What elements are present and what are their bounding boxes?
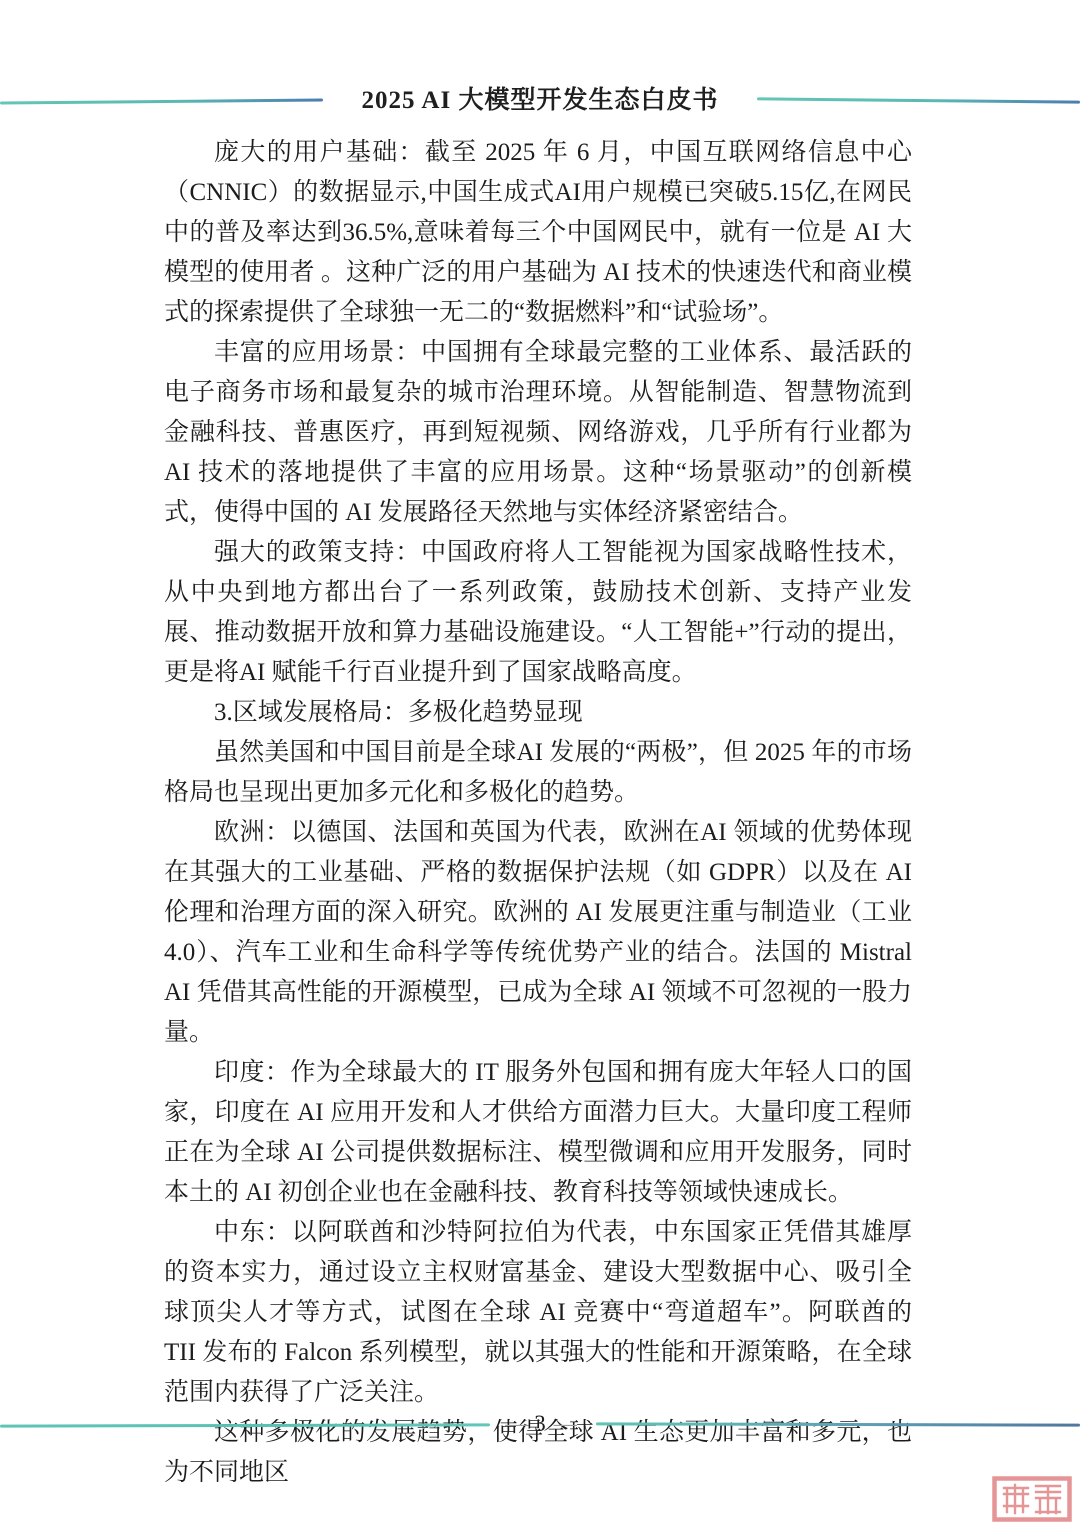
body-paragraph: 丰富的应用场景：中国拥有全球最完整的工业体系、最活跃的电子商务市场和最复杂的城市… [164,333,912,533]
document-page: 2025 AI 大模型开发生态白皮书 庞大的用户基础：截至 2025 年 6 月… [0,0,1080,1527]
body-paragraph: 虽然美国和中国目前是全球AI 发展的“两极”，但 2025 年的市场格局也呈现出… [164,733,912,813]
page-number-dash-left: — [505,1411,526,1436]
red-seal-stamp-icon [992,1476,1072,1522]
body-paragraph: 强大的政策支持：中国政府将人工智能视为国家战略性技术，从中央到地方都出台了一系列… [164,533,912,693]
section-heading: 3.区域发展格局：多极化趋势显现 [164,693,912,733]
body-paragraph: 印度：作为全球最大的 IT 服务外包国和拥有庞大年轻人口的国家，印度在 AI 应… [164,1053,912,1213]
page-number-dash-right: — [554,1411,575,1436]
page-number-value: 3 [534,1411,546,1436]
body-paragraph: 欧洲：以德国、法国和英国为代表，欧洲在AI 领域的优势体现在其强大的工业基础、严… [164,813,912,1053]
body-paragraph: 庞大的用户基础：截至 2025 年 6 月，中国互联网络信息中心（CNNIC）的… [164,133,912,333]
body-paragraph: 中东：以阿联酋和沙特阿拉伯为代表，中东国家正凭借其雄厚的资本实力，通过设立主权财… [164,1213,912,1413]
document-body: 庞大的用户基础：截至 2025 年 6 月，中国互联网络信息中心（CNNIC）的… [164,133,912,1493]
